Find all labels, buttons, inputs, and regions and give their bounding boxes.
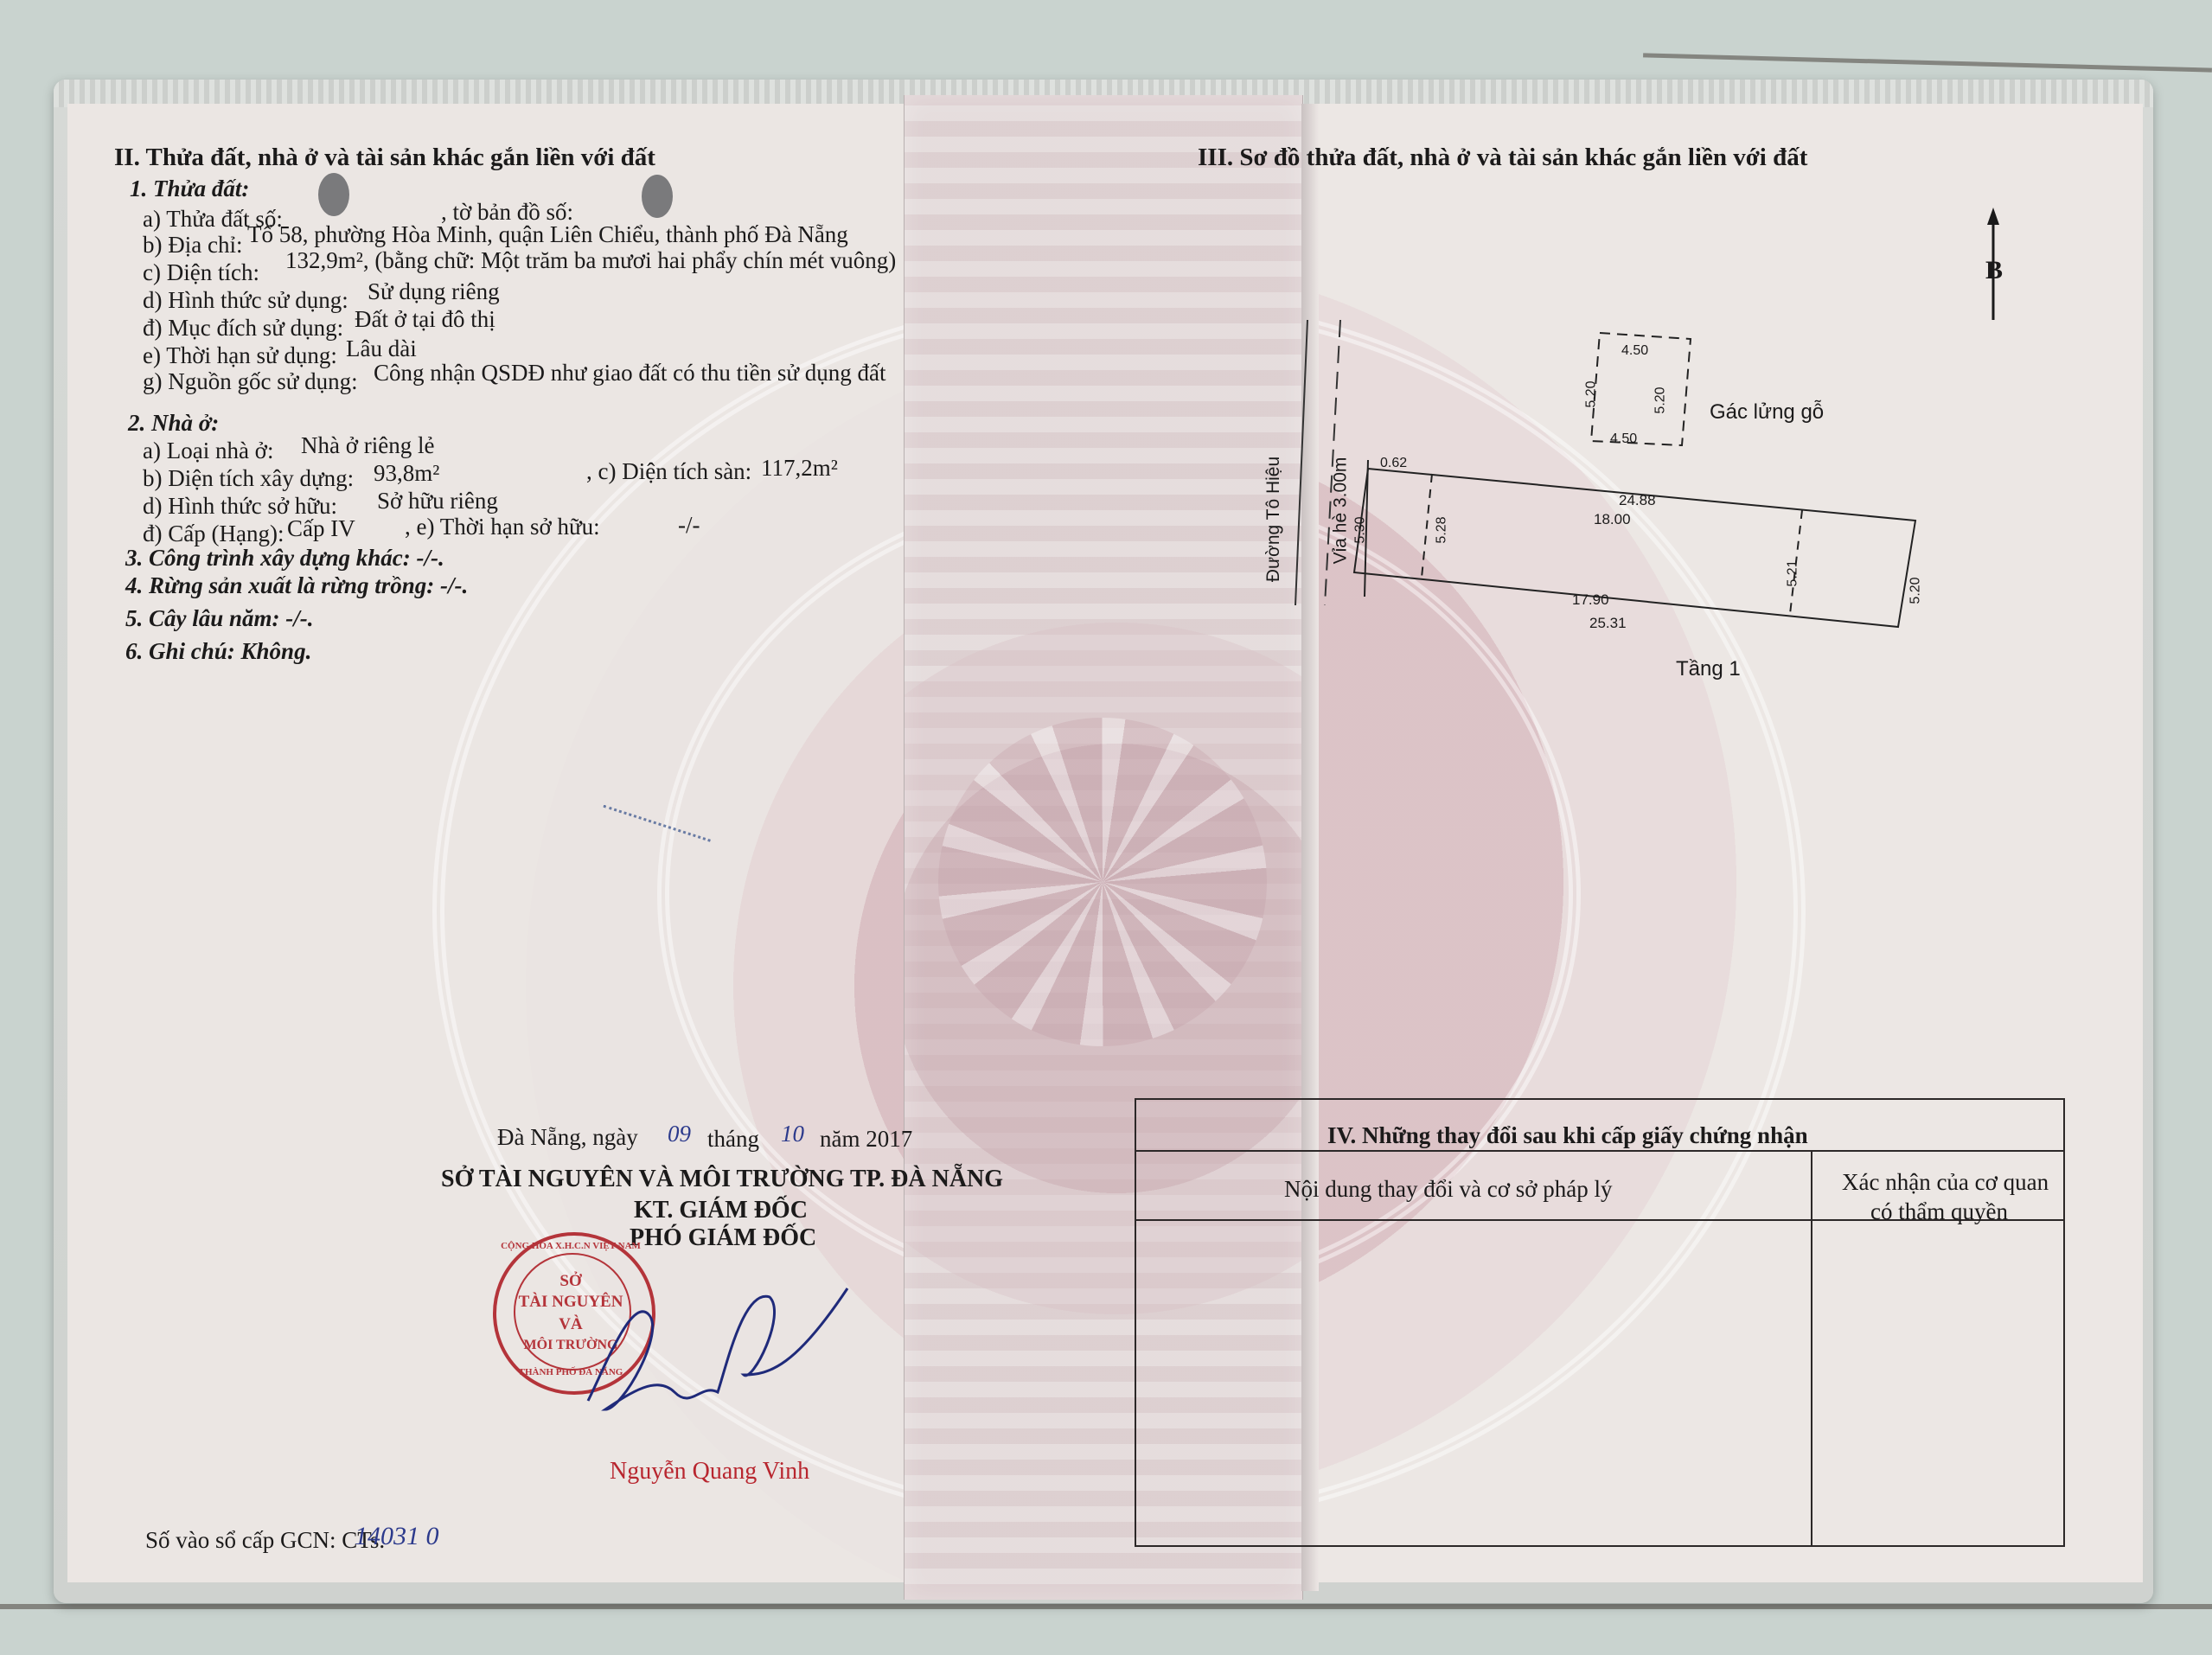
ownership-label: d) Hình thức sở hữu:	[143, 495, 337, 518]
mezz-dim-right: 5.20	[1654, 387, 1668, 413]
dim-bottom-house: 17.90	[1572, 592, 1609, 607]
col-header-confirmation: Xác nhận của cơ quan	[1842, 1171, 2049, 1194]
ownership-term-label: , e) Thời hạn sở hữu:	[405, 515, 600, 539]
house-type-value: Nhà ở riêng lẻ	[301, 434, 434, 457]
map-sheet-label: , tờ bản đồ số:	[441, 201, 573, 224]
ownership-term-value: -/-	[678, 514, 700, 537]
house-heading: 2. Nhà ở:	[128, 412, 219, 435]
dim-setback: 0.62	[1380, 457, 1407, 470]
dim-front: 5.30	[1354, 516, 1368, 543]
street-label: Đường Tô Hiệu	[1264, 457, 1282, 582]
grade-value: Cấp IV	[287, 517, 355, 540]
purpose-label: đ) Mục đích sử dụng:	[143, 316, 343, 340]
north-label: B	[1985, 258, 2003, 284]
date-month: 10	[781, 1122, 804, 1146]
date-prefix: Đà Nẵng, ngày	[497, 1126, 638, 1149]
mezz-dim-top: 4.50	[1621, 344, 1648, 358]
address-value: Tổ 58, phường Hòa Minh, quận Liên Chiểu,…	[247, 223, 848, 246]
dim-inner-front: 5.28	[1435, 516, 1449, 543]
production-forest: 4. Rừng sản xuất là rừng trồng: -/-.	[125, 574, 468, 597]
table-divider	[1811, 1150, 1812, 1545]
grade-label: đ) Cấp (Hạng):	[143, 522, 284, 546]
house-type-label: a) Loại nhà ở:	[143, 439, 273, 463]
floor-label: Tầng 1	[1676, 659, 1741, 680]
dim-bottom-total: 25.31	[1589, 616, 1627, 630]
dim-top-house: 18.00	[1594, 512, 1631, 527]
issuing-agency: SỞ TÀI NGUYÊN VÀ MÔI TRƯỜNG TP. ĐÀ NẴNG	[441, 1167, 1003, 1192]
date-year: năm 2017	[820, 1128, 912, 1151]
redacted-parcel-number	[318, 173, 349, 216]
address-label: b) Địa chỉ:	[143, 233, 242, 257]
perennial-trees: 5. Cây lâu năm: -/-.	[125, 607, 314, 630]
section-iii-title: III. Sơ đồ thửa đất, nhà ở và tài sản kh…	[1198, 145, 1807, 170]
redacted-map-sheet-number	[642, 175, 673, 218]
floor-area-value: 117,2m²	[761, 457, 838, 480]
signer-name: Nguyễn Quang Vinh	[610, 1460, 809, 1484]
term-value: Lâu dài	[346, 337, 417, 361]
drum-star-watermark	[938, 718, 1267, 1046]
mezz-dim-bottom: 4.50	[1610, 432, 1637, 446]
handwritten-signature	[571, 1262, 882, 1435]
ownership-value: Sở hữu riêng	[377, 489, 498, 513]
sidewalk-label: Vỉa hè 3.00m	[1331, 457, 1349, 565]
notes: 6. Ghi chú: Không.	[125, 640, 311, 663]
purpose-value: Đất ở tại đô thị	[355, 308, 495, 331]
on-behalf-title: KT. GIÁM ĐỐC	[634, 1198, 808, 1223]
use-form-value: Sử dụng riêng	[368, 280, 500, 304]
dim-rear: 5.20	[1909, 577, 1923, 604]
floor-area-label: , c) Diện tích sàn:	[586, 460, 751, 483]
mezz-dim-left: 5.20	[1585, 380, 1599, 407]
register-number: 14031 0	[355, 1524, 439, 1550]
term-label: e) Thời hạn sử dụng:	[143, 344, 337, 367]
dim-rear-house: 5.21	[1787, 559, 1800, 586]
other-construction: 3. Công trình xây dựng khác: -/-.	[125, 546, 444, 570]
mezzanine-label: Gác lửng gỗ	[1710, 402, 1824, 423]
table-divider	[1136, 1150, 2063, 1152]
date-month-label: tháng	[707, 1128, 759, 1151]
col-header-confirmation: có thẩm quyền	[1870, 1200, 2008, 1224]
built-area-label: b) Diện tích xây dựng:	[143, 467, 354, 490]
dim-top-total: 24.88	[1619, 493, 1656, 508]
floor-tile-seam	[0, 1604, 2212, 1609]
stamp-ring-text: CỘNG HÒA X.H.C.N VIỆT NAM	[493, 1241, 649, 1251]
use-form-label: d) Hình thức sử dụng:	[143, 289, 348, 312]
position-title: PHÓ GIÁM ĐỐC	[630, 1226, 816, 1250]
date-day: 09	[668, 1122, 691, 1146]
register-label: Số vào sổ cấp GCN: CTs.	[145, 1529, 385, 1552]
changes-table	[1135, 1098, 2065, 1547]
floor-tile-seam	[1643, 53, 2212, 72]
area-value: 132,9m², (bằng chữ: Một trăm ba mươi hai…	[285, 249, 896, 272]
origin-label: g) Nguồn gốc sử dụng:	[143, 370, 358, 393]
section-iv-title: IV. Những thay đổi sau khi cấp giấy chứn…	[1327, 1124, 1808, 1147]
built-area-value: 93,8m²	[374, 462, 439, 485]
section-ii-title: II. Thửa đất, nhà ở và tài sản khác gắn …	[114, 145, 655, 170]
col-header-changes: Nội dung thay đổi và cơ sở pháp lý	[1284, 1178, 1613, 1201]
area-label: c) Diện tích:	[143, 261, 259, 284]
land-heading: 1. Thửa đất:	[130, 177, 249, 201]
origin-value: Công nhận QSDĐ như giao đất có thu tiền …	[374, 361, 885, 385]
